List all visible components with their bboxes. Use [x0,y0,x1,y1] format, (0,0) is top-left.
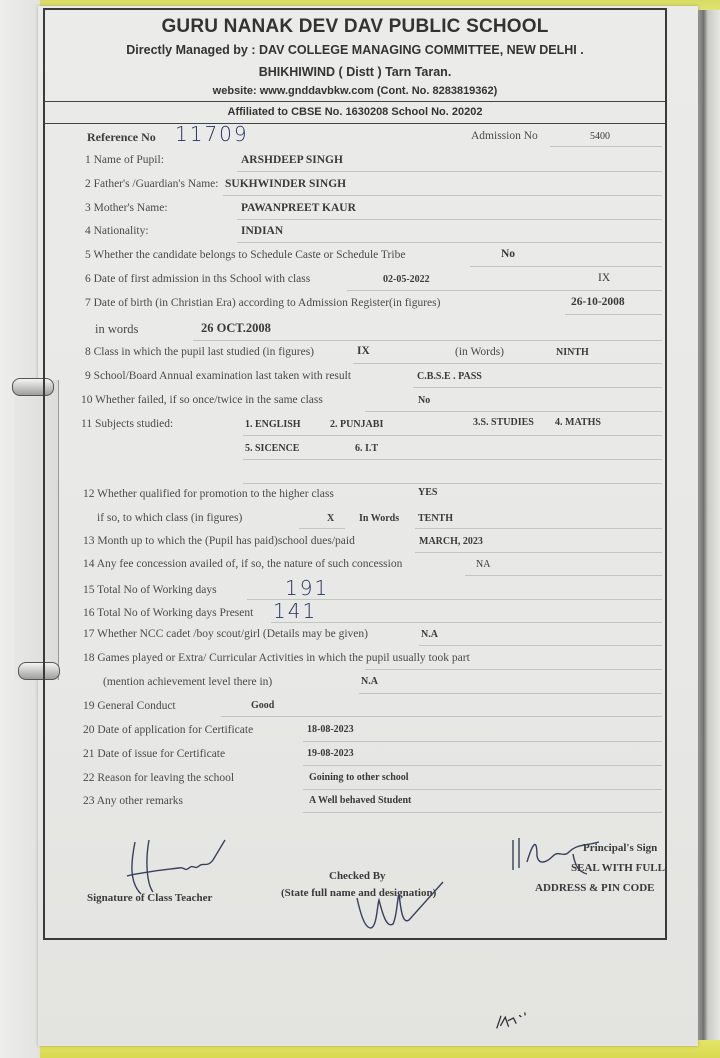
field-row-dob-words: in words 26 OCT.2008 [45,320,665,342]
subject-item: 3.S. STUDIES [473,417,534,428]
dob-figures: 26-10-2008 [571,296,625,308]
subject-item: 1. ENGLISH [245,419,301,430]
field-row-exam: 9 School/Board Annual examination last t… [45,368,665,390]
field-row-remarks: 23 Any other remarks A Well behaved Stud… [45,793,665,815]
affiliation: Affiliated to CBSE No. 1630208 School No… [45,106,665,118]
field-row-games: 18 Games played or Extra/ Curricular Act… [45,650,665,672]
underline [419,645,662,646]
remarks: A Well behaved Student [309,795,411,806]
subject-item: 4. MATHS [555,417,601,428]
underline [237,219,662,220]
class-teacher-label: Signature of Class Teacher [87,892,212,904]
underline [550,146,662,147]
first-admission-date: 02-05-2022 [383,274,430,285]
underline [221,716,662,717]
underline [353,363,662,364]
handwritten-scribble-icon [493,1007,535,1032]
admission-number: 5400 [590,131,610,142]
field-row-subjects-2: 5. SICENCE 6. I.T [45,440,665,462]
field-label: 15 Total No of Working days [83,584,217,596]
field-label: 12 Whether qualified for promotion to th… [83,488,334,500]
subject-item: 6. I.T [355,443,378,454]
field-label: 13 Month up to which the (Pupil has paid… [83,535,355,547]
field-row-nationality: 4 Nationality: INDIAN [45,223,665,245]
field-label: in words [95,322,138,337]
field-row-days-present: 16 Total No of Working days Present 141 [45,603,665,625]
field-label: 10 Whether failed, if so once/twice in t… [81,394,323,406]
field-row-working-days: 15 Total No of Working days 191 [45,580,665,602]
field-label: (in Words) [455,346,504,358]
field-label: 19 General Conduct [83,700,176,712]
checked-by-signature-icon [351,876,451,936]
field-row-failed: 10 Whether failed, if so once/twice in t… [45,392,665,414]
reference-number: 11709 [175,122,249,146]
failed-value: No [418,395,430,406]
field-label: 4 Nationality: [85,225,149,237]
field-label: 16 Total No of Working days Present [83,607,253,619]
concession-value: NA [476,559,490,570]
mother-name: PAWANPREET KAUR [241,202,356,214]
underline [271,622,662,623]
field-label: 17 Whether NCC cadet /boy scout/girl (De… [83,628,368,640]
field-row-application-date: 20 Date of application for Certificate 1… [45,722,665,744]
field-row-caste: 5 Whether the candidate belongs to Sched… [45,247,665,269]
school-name: GURU NANAK DEV DAV PUBLIC SCHOOL [45,16,665,38]
promotion-class-figures: X [327,513,334,524]
conduct-value: Good [251,700,274,711]
field-label: 11 Subjects studied: [81,418,173,430]
field-label: 20 Date of application for Certificate [83,724,253,736]
seal-address-label: ADDRESS & PIN CODE [535,882,655,894]
subject-item: 5. SICENCE [245,443,299,454]
field-row-dob: 7 Date of birth (in Christian Era) accor… [45,295,665,317]
certificate-frame: GURU NANAK DEV DAV PUBLIC SCHOOL Directl… [43,8,667,940]
underline [347,290,662,291]
field-label: 6 Date of first admission in ths School … [85,273,310,285]
field-row-games-level: (mention achievement level there in) N.A [45,674,665,696]
field-label: (mention achievement level there in) [103,676,272,688]
field-label: 14 Any fee concession availed of, if so,… [83,558,402,570]
nationality: INDIAN [241,225,283,237]
underline [303,765,662,766]
field-label: 22 Reason for leaving the school [83,772,234,784]
field-row-first-admission: 6 Date of first admission in ths School … [45,271,665,293]
underline [223,195,662,196]
first-admission-class: IX [598,272,610,284]
underline [237,242,662,243]
promotion-value: YES [418,487,437,498]
field-label: 7 Date of birth (in Christian Era) accor… [85,297,440,309]
field-row-blank [45,464,665,486]
underline [243,483,662,484]
divider [45,101,665,102]
working-days: 191 [285,576,329,600]
last-class-figures: IX [357,345,370,357]
games-value: N.A [361,676,378,687]
field-row-name: 1 Name of Pupil: ARSHDEEP SINGH [45,152,665,174]
father-name: SUKHWINDER SINGH [225,178,346,190]
days-present: 141 [273,599,317,623]
field-label: 9 School/Board Annual examination last t… [85,370,351,382]
field-row-father: 2 Father's /Guardian's Name: SUKHWINDER … [45,176,665,198]
underline [243,435,662,436]
underline [193,340,662,341]
underline [243,459,662,460]
underline [565,314,662,315]
field-label: 8 Class in which the pupil last studied … [85,346,314,358]
field-label: 5 Whether the candidate belongs to Sched… [85,249,405,261]
field-row-last-class: 8 Class in which the pupil last studied … [45,344,665,366]
reference-row: Reference No 11709 Admission No 5400 [45,128,665,150]
field-row-dues: 13 Month up to which the (Pupil has paid… [45,533,665,555]
underline [470,266,662,267]
underline [465,575,662,576]
underline [415,552,662,553]
underline [303,741,662,742]
leaving-reason: Goining to other school [309,772,409,783]
field-label: 23 Any other remarks [83,795,183,807]
field-row-mother: 3 Mother's Name: PAWANPREET KAUR [45,200,665,222]
issue-date: 19-08-2023 [307,748,354,759]
last-class-words: NINTH [556,347,589,358]
dues-month: MARCH, 2023 [419,536,483,547]
ncc-value: N.A [421,629,438,640]
divider [45,123,665,124]
school-location: BHIKHIWIND ( Distt ) Tarn Taran. [45,65,665,79]
dob-words: 26 OCT.2008 [201,321,271,336]
field-row-conduct: 19 General Conduct Good [45,698,665,720]
field-label: 1 Name of Pupil: [85,154,164,166]
field-row-reason: 22 Reason for leaving the school Goining… [45,770,665,792]
field-label: if so, to which class (in figures) [97,512,242,524]
underline [413,387,662,388]
promotion-class-words: TENTH [418,513,453,524]
field-label: 21 Date of issue for Certificate [83,748,225,760]
application-date: 18-08-2023 [307,724,354,735]
field-row-concession: 14 Any fee concession availed of, if so,… [45,556,665,578]
field-row-subjects: 11 Subjects studied: 1. ENGLISH 2. PUNJA… [45,416,665,438]
field-label: In Words [359,513,399,524]
underline [415,528,662,529]
underline [299,528,345,529]
seal-label: SEAL WITH FULL [571,862,665,874]
underline [365,669,662,670]
field-row-issue-date: 21 Date of issue for Certificate 19-08-2… [45,746,665,768]
managed-by: Directly Managed by : DAV COLLEGE MANAGI… [45,43,665,57]
underline [359,693,662,694]
reference-label: Reference No [87,130,156,145]
subject-item: 2. PUNJABI [330,419,383,430]
pupil-name: ARSHDEEP SINGH [241,154,343,166]
exam-result: C.B.S.E . PASS [417,371,482,382]
field-row-promotion: 12 Whether qualified for promotion to th… [45,486,665,508]
underline [365,411,662,412]
field-label: 3 Mother's Name: [85,202,168,214]
field-row-promotion-class: if so, to which class (in figures) X In … [45,510,665,532]
field-row-ncc: 17 Whether NCC cadet /boy scout/girl (De… [45,626,665,648]
caste-value: No [501,248,515,260]
field-label: 18 Games played or Extra/ Curricular Act… [83,652,470,664]
school-website: website: www.gnddavbkw.com (Cont. No. 82… [45,85,665,97]
principal-signature-icon [507,832,617,882]
field-label: 2 Father's /Guardian's Name: [85,178,219,190]
underline [303,789,662,790]
underline [303,812,662,813]
underline [237,171,662,172]
principal-sign-label: Principal's Sign [583,842,657,854]
admission-label: Admission No [471,130,538,142]
